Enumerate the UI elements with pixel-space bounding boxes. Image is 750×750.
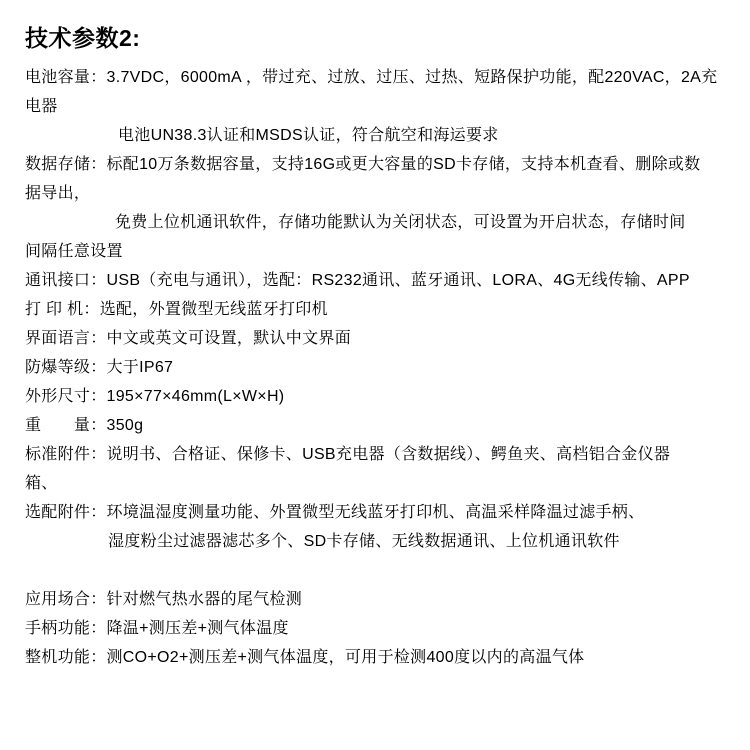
optional-accessories-line-1: 选配附件：环境温湿度测量功能、外置微型无线蓝牙打印机、高温采样降温过滤手柄、 [25,498,732,527]
standard-accessories-line-1: 标准附件：说明书、合格证、保修卡、USB充电器（含数据线）、鳄鱼夹、高档铝合金仪… [25,440,732,469]
interface-language-line: 界面语言：中文或英文可设置，默认中文界面 [25,324,732,353]
spec-document-body: 电池容量：3.7VDC，6000mA ，带过充、过放、过压、过热、短路保护功能，… [25,63,732,672]
pc-software-storage-line-1: 免费上位机通讯软件，存储功能默认为关闭状态，可设置为开启状态，存储时间 [25,208,732,237]
application-scenario-line: 应用场合：针对燃气热水器的尾气检测 [25,585,732,614]
standard-accessories-line-2: 箱、 [25,469,732,498]
battery-capacity-line-2: 电器 [25,92,732,121]
battery-certification-line: 电池UN38.3认证和MSDS认证，符合航空和海运要求 [25,121,732,150]
protection-rating-line: 防爆等级：大于IP67 [25,353,732,382]
communication-interface-line: 通讯接口：USB（充电与通讯），选配：RS232通讯、蓝牙通讯、LORA、4G无… [25,266,732,295]
optional-accessories-line-2: 湿度粉尘过滤器滤芯多个、SD卡存储、无线数据通讯、上位机通讯软件 [25,527,732,556]
machine-function-line: 整机功能：测CO+O2+测压差+测气体温度，可用于检测400度以内的高温气体 [25,643,732,672]
handle-function-line: 手柄功能：降温+测压差+测气体温度 [25,614,732,643]
weight-line: 重 量：350g [25,411,732,440]
dimensions-line: 外形尺寸：195×77×46mm(L×W×H) [25,382,732,411]
pc-software-storage-line-2: 间隔任意设置 [25,237,732,266]
section-spacer [25,556,732,585]
data-storage-line-1: 数据存储：标配10万条数据容量，支持16G或更大容量的SD卡存储，支持本机查看、… [25,150,732,179]
page-title: 技术参数2: [25,23,140,53]
data-storage-line-2: 据导出， [25,179,732,208]
printer-line: 打 印 机：选配，外置微型无线蓝牙打印机 [25,295,732,324]
battery-capacity-line-1: 电池容量：3.7VDC，6000mA ，带过充、过放、过压、过热、短路保护功能，… [25,63,732,92]
